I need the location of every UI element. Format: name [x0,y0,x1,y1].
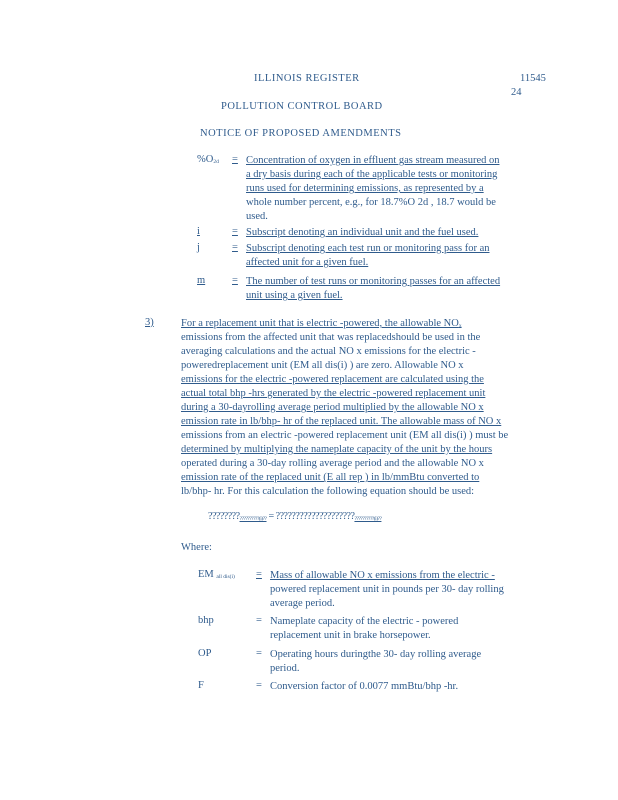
para-line: operated during a 30-day rolling average… [181,457,484,471]
equals-sign: = [232,154,238,165]
equals-sign: = [232,242,238,253]
page-number: 11545 [520,73,546,84]
equals-sign: = [256,648,262,659]
term-m: m [197,275,205,286]
def-line: runs used for determining emissions, as … [246,182,484,196]
equation-right: ???????????????????? [276,511,355,522]
para-line: determined by multiplying the nameplate … [181,443,492,457]
def-line: Subscript denoting each test run or moni… [246,242,490,256]
para-line: emissions from the affected unit that wa… [181,331,480,345]
def-line: Nameplate capacity of the electric - pow… [270,615,458,629]
para-line: emissions for the electric -powered repl… [181,373,484,387]
para-line: lb/bhp- hr. For this calculation the fol… [181,485,474,499]
def-line: Conversion factor of 0.0077 mmBtu/bhp -h… [270,680,458,694]
def-line: powered replacement unit in pounds per 3… [270,583,504,597]
para-line: emission rate of the replaced unit (E al… [181,471,479,485]
def-line: unit using a given fuel. [246,289,343,303]
para-line: poweredreplacement unit (EM all dis(i) )… [181,359,464,373]
term-o2d: %O2d [197,154,219,165]
def-line: whole number percent, e.g., for 18.7%O 2… [246,196,496,210]
equals-sign: = [232,275,238,286]
term-f: F [198,680,204,691]
paragraph-number: 3) [145,317,154,328]
equals-sign: = [256,680,262,691]
term-j: j [197,242,200,253]
para-line: emissions from an electric -powered repl… [181,429,508,443]
def-line: period. [270,662,299,676]
issue-number: 24 [511,87,522,98]
para-line: emission rate in lb/bhp- hr of the repla… [181,415,501,429]
def-line: replacement unit in brake horsepower. [270,629,431,643]
para-line: averaging calculations and the actual NO… [181,345,476,359]
notice-title: NOTICE OF PROPOSED AMENDMENTS [200,128,401,139]
equation-equals: = [269,511,274,522]
equation-left: ???????? [208,511,240,522]
def-line: The number of test runs or monitoring pa… [246,275,500,289]
def-line: a dry basis during each of the applicabl… [246,168,497,182]
def-line: used. [246,210,268,224]
register-title: ILLINOIS REGISTER [254,73,360,84]
def-line: Concentration of oxygen in effluent gas … [246,154,499,168]
term-em: EM all dis(i) [198,569,235,580]
term-i: i [197,226,200,237]
def-line: Subscript denoting an individual unit an… [246,226,478,240]
def-line: affected unit for a given fuel. [246,256,368,270]
equals-sign: = [256,569,262,580]
equals-sign: = [232,226,238,237]
def-line: average period. [270,597,335,611]
equation: ??????????????????(i)?? = ??????????????… [208,511,381,522]
def-line: Mass of allowable NO x emissions from th… [270,569,495,583]
term-bhp: bhp [198,615,214,626]
para-line: For a replacement unit that is electric … [181,317,462,331]
term-op: OP [198,648,211,659]
equals-sign: = [256,615,262,626]
equation-left-sub: ??????????(i)?? [240,516,267,522]
def-line: Operating hours duringthe 30- day rollin… [270,648,481,662]
where-label: Where: [181,542,212,553]
para-line: during a 30-dayrolling average period mu… [181,401,484,415]
para-line: actual total bhp -hrs generated by the e… [181,387,485,401]
board-title: POLLUTION CONTROL BOARD [221,101,383,112]
equation-right-sub: ??????????(i)?? [354,516,381,522]
